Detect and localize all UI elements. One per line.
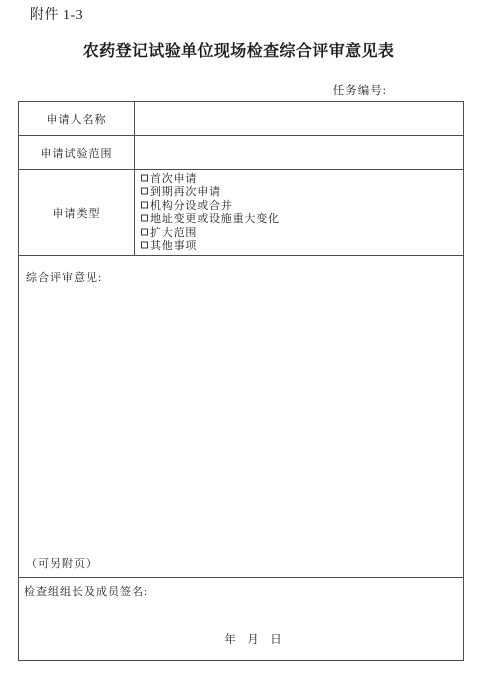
- checkbox-option-first-application[interactable]: 首次申请: [141, 173, 459, 186]
- checkbox-option-renewal-application[interactable]: 到期再次申请: [141, 186, 459, 199]
- row-signature: 检查组组长及成员签名: 年 月 日: [19, 578, 464, 661]
- signature-label: 检查组组长及成员签名:: [24, 583, 148, 599]
- row-applicant-name: 申请人名称: [19, 102, 464, 136]
- row-test-scope: 申请试验范围: [19, 136, 464, 170]
- row-review-opinion: 综合评审意见: （可另附页）: [19, 256, 464, 578]
- test-scope-input[interactable]: [135, 136, 464, 170]
- checkbox-icon[interactable]: [141, 188, 148, 195]
- checkbox-option-address-or-facility-change[interactable]: 地址变更或设施重大变化: [141, 213, 459, 226]
- checkbox-option-split-or-merge[interactable]: 机构分设或合并: [141, 200, 459, 213]
- checkbox-option-label: 机构分设或合并: [150, 200, 233, 212]
- checkbox-icon[interactable]: [141, 215, 148, 222]
- checkbox-option-label: 到期再次申请: [150, 186, 221, 198]
- checkbox-icon[interactable]: [141, 228, 148, 235]
- checkbox-option-label: 扩大范围: [150, 227, 197, 239]
- checkbox-option-expand-scope[interactable]: 扩大范围: [141, 227, 459, 240]
- application-type-options: 首次申请 到期再次申请 机构分设或合并 地址变更或设施重大变化 扩大范围 其他事…: [135, 170, 464, 256]
- form-table: 申请人名称 申请试验范围 申请类型 首次申请 到期再次申请 机构分设或合并 地址…: [18, 101, 464, 661]
- task-number-label: 任务编号:: [18, 82, 464, 98]
- attachment-label: 附件 1-3: [30, 4, 83, 24]
- checkbox-option-other-matters[interactable]: 其他事项: [141, 240, 459, 253]
- document-page: 附件 1-3 农药登记试验单位现场检查综合评审意见表 任务编号: 申请人名称 申…: [0, 0, 477, 676]
- page-title: 农药登记试验单位现场检查综合评审意见表: [0, 38, 477, 61]
- checkbox-icon[interactable]: [141, 242, 148, 249]
- checkbox-icon[interactable]: [141, 175, 148, 182]
- checkbox-option-label: 地址变更或设施重大变化: [150, 213, 280, 225]
- applicant-name-label: 申请人名称: [19, 102, 135, 136]
- checkbox-icon[interactable]: [141, 201, 148, 208]
- applicant-name-input[interactable]: [135, 102, 464, 136]
- review-opinion-label: 综合评审意见:: [26, 269, 102, 285]
- attachment-page-note: （可另附页）: [26, 555, 98, 571]
- checkbox-option-label: 首次申请: [150, 173, 197, 185]
- review-opinion-area[interactable]: 综合评审意见: （可另附页）: [19, 256, 464, 578]
- date-line: 年 月 日: [19, 631, 463, 647]
- row-application-type: 申请类型 首次申请 到期再次申请 机构分设或合并 地址变更或设施重大变化 扩大范…: [19, 170, 464, 256]
- test-scope-label: 申请试验范围: [19, 136, 135, 170]
- application-type-label: 申请类型: [19, 170, 135, 256]
- signature-area[interactable]: 检查组组长及成员签名: 年 月 日: [19, 578, 464, 661]
- checkbox-option-label: 其他事项: [150, 240, 197, 252]
